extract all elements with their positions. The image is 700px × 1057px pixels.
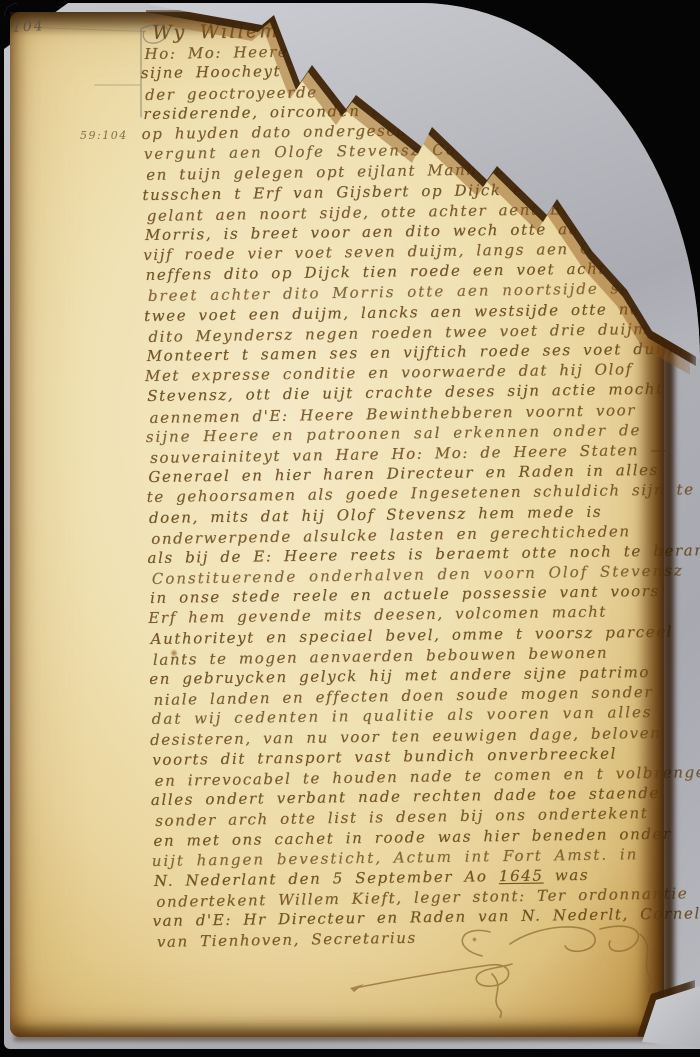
signature-flourish (340, 904, 670, 1019)
margin-reference: 59:104 (80, 129, 128, 142)
folio-number-pencil: 104 (12, 18, 46, 36)
burnt-bottom-edge (14, 1023, 656, 1041)
pencil-mark (88, 17, 188, 125)
document-photo: Wy WillemHo: Mo: Heeresijne Hoocheytder … (0, 0, 700, 1057)
burnt-right-edge (638, 301, 674, 1039)
backing-mat: Wy WillemHo: Mo: Heeresijne Hoocheytder … (4, 3, 700, 1049)
